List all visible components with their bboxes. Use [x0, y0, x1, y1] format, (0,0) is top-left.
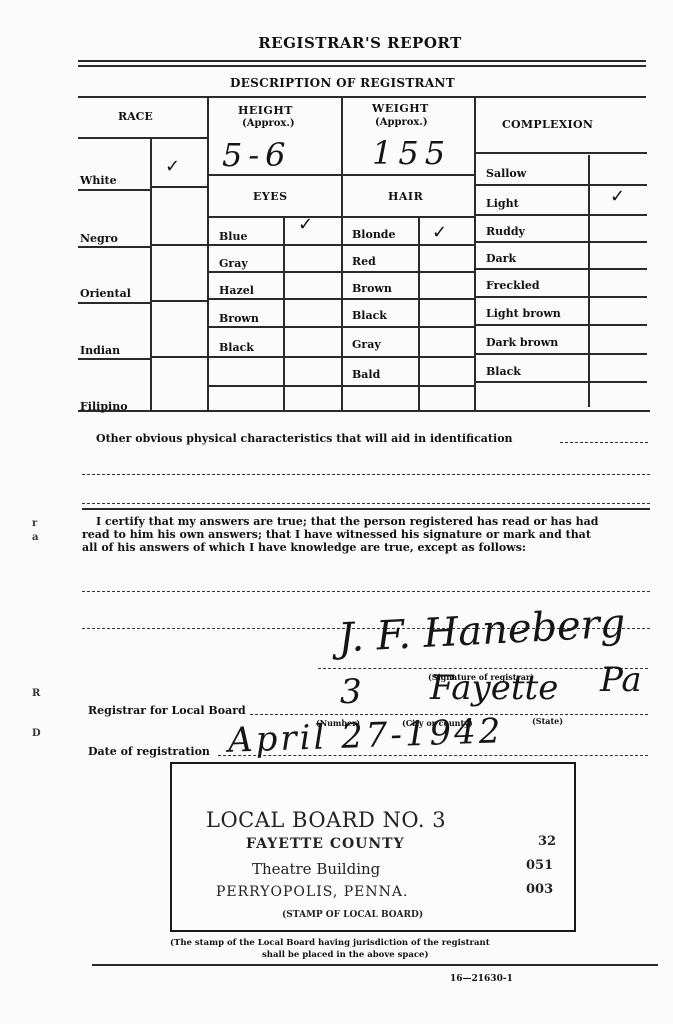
page-title: REGISTRAR'S REPORT: [0, 34, 673, 52]
margin-mark: R: [32, 688, 40, 699]
table-bottom-rule: [78, 410, 650, 412]
race-option-filipino: Filipino: [80, 400, 128, 413]
race-check-divider: [150, 138, 152, 410]
hair-option-black: Black: [352, 309, 387, 322]
col-divider-height: [341, 98, 343, 410]
complexion-option-dark: Dark: [486, 252, 516, 265]
other-characteristics-label: Other obvious physical characteristics t…: [96, 432, 513, 445]
complexion-light-checkbox[interactable]: ✓: [610, 186, 625, 207]
race-row-rule: [78, 302, 150, 304]
weight-header: WEIGHT: [372, 102, 429, 115]
other-characteristics-line-3[interactable]: [82, 503, 650, 504]
section-rule: [78, 96, 646, 98]
race-white-checkbox[interactable]: ✓: [165, 156, 180, 177]
registration-date-label: Date of registration: [88, 745, 210, 758]
eh-row-rule: [208, 385, 474, 387]
eyes-option-blue: Blue: [219, 230, 247, 243]
other-characteristics-line-2[interactable]: [82, 474, 650, 475]
eyes-blue-checkbox[interactable]: ✓: [298, 214, 313, 235]
stamp-caption: (STAMP OF LOCAL BOARD): [282, 910, 423, 920]
complexion-option-freckled: Freckled: [486, 279, 540, 292]
complexion-option-light: Light: [486, 197, 519, 210]
race-header: RACE: [118, 110, 153, 123]
complexion-top-rule: [475, 152, 647, 154]
exceptions-line-1[interactable]: [82, 591, 650, 592]
certification-rule: [82, 508, 650, 510]
stamp-line-1: LOCAL BOARD NO. 3: [206, 808, 446, 832]
certification-text-2: read to him his own answers; that I have…: [82, 528, 591, 541]
stamp-code-1: 32: [538, 834, 556, 849]
cx-row-rule: [475, 268, 647, 270]
form-number: 16—21630-1: [450, 974, 513, 984]
hair-header: HAIR: [388, 190, 423, 203]
local-board-number[interactable]: 3: [340, 672, 362, 712]
eyes-option-brown: Brown: [219, 312, 259, 325]
hw-value-rule: [208, 174, 474, 176]
hair-option-gray: Gray: [352, 338, 381, 351]
draft-card-back: REGISTRAR'S REPORT DESCRIPTION OF REGIST…: [0, 0, 673, 1024]
eyes-option-gray: Gray: [219, 257, 248, 270]
eh-row-rule: [208, 271, 474, 273]
weight-sub: (Approx.): [375, 117, 428, 128]
col-divider-race: [207, 98, 209, 410]
cx-row-rule: [475, 324, 647, 326]
race-option-indian: Indian: [80, 344, 120, 357]
complexion-header: COMPLEXION: [502, 118, 593, 131]
eyes-header: EYES: [253, 190, 288, 203]
height-value[interactable]: 5-6: [222, 136, 292, 174]
certification-text-1: I certify that my answers are true; that…: [96, 515, 598, 528]
race-row-rule: [152, 300, 207, 302]
cx-row-rule: [475, 214, 647, 216]
complexion-option-dark-brown: Dark brown: [486, 336, 558, 349]
height-header: HEIGHT: [238, 104, 293, 117]
stamp-code-3: 003: [526, 882, 553, 897]
title-rule-2: [78, 65, 646, 67]
hair-option-brown: Brown: [352, 282, 392, 295]
race-option-white: White: [80, 174, 117, 187]
stamp-note-2: shall be placed in the above space): [262, 950, 428, 960]
complexion-option-ruddy: Ruddy: [486, 225, 525, 238]
eh-row-rule: [208, 244, 474, 246]
hair-option-blonde: Blonde: [352, 228, 396, 241]
eh-row-rule: [208, 326, 474, 328]
race-row-rule: [78, 358, 150, 360]
race-row-rule: [152, 356, 207, 358]
registration-date-value[interactable]: April 27-1942: [227, 711, 504, 761]
race-row-rule: [152, 244, 207, 246]
eyes-check-divider: [283, 218, 285, 410]
local-board-state[interactable]: Pa: [600, 660, 642, 700]
complexion-check-divider: [588, 155, 590, 407]
title-rule-1: [78, 60, 646, 62]
hair-blonde-checkbox[interactable]: ✓: [432, 222, 447, 243]
eyes-option-hazel: Hazel: [219, 284, 254, 297]
other-characteristics-field[interactable]: [560, 442, 648, 443]
certification-text-3: all of his answers of which I have knowl…: [82, 541, 526, 554]
margin-mark: a: [32, 532, 38, 543]
eyes-option-black: Black: [219, 341, 254, 354]
height-sub: (Approx.): [242, 118, 295, 129]
cx-row-rule: [475, 381, 647, 383]
eh-row-rule: [208, 356, 474, 358]
hair-option-red: Red: [352, 255, 376, 268]
cx-row-rule: [475, 353, 647, 355]
complexion-option-black: Black: [486, 365, 521, 378]
stamp-line-4: PERRYOPOLIS, PENNA.: [216, 884, 408, 900]
race-option-oriental: Oriental: [80, 287, 131, 300]
local-board-stamp: LOCAL BOARD NO. 3 FAYETTE COUNTY Theatre…: [170, 762, 576, 932]
complexion-option-light-brown: Light brown: [486, 307, 561, 320]
complexion-option-sallow: Sallow: [486, 167, 526, 180]
race-row-rule: [78, 246, 150, 248]
registrar-signature[interactable]: J. F. Haneberg: [337, 601, 626, 662]
stamp-note-1: (The stamp of the Local Board having jur…: [170, 938, 490, 948]
caption-state: (State): [532, 716, 563, 726]
race-row-rule: [152, 186, 207, 188]
margin-mark: r: [32, 518, 37, 529]
cx-row-rule: [475, 241, 647, 243]
eh-row-rule: [208, 298, 474, 300]
race-row-rule: [78, 189, 150, 191]
race-option-negro: Negro: [80, 232, 118, 245]
col-divider-weight: [474, 98, 476, 410]
race-header-rule: [78, 137, 208, 139]
hair-option-bald: Bald: [352, 368, 380, 381]
local-board-city[interactable]: Fayette: [430, 668, 558, 708]
local-board-label: Registrar for Local Board: [88, 704, 246, 717]
cx-row-rule: [475, 296, 647, 298]
margin-mark: D: [32, 728, 41, 739]
hair-check-divider: [418, 218, 420, 410]
footer-rule: [92, 964, 658, 966]
stamp-line-2: FAYETTE COUNTY: [246, 836, 405, 852]
weight-value[interactable]: 155: [372, 134, 451, 172]
stamp-line-3: Theatre Building: [252, 860, 380, 878]
stamp-code-2: 051: [526, 858, 553, 873]
section-title: DESCRIPTION OF REGISTRANT: [230, 76, 455, 90]
eyes-hair-header-rule: [208, 216, 474, 218]
